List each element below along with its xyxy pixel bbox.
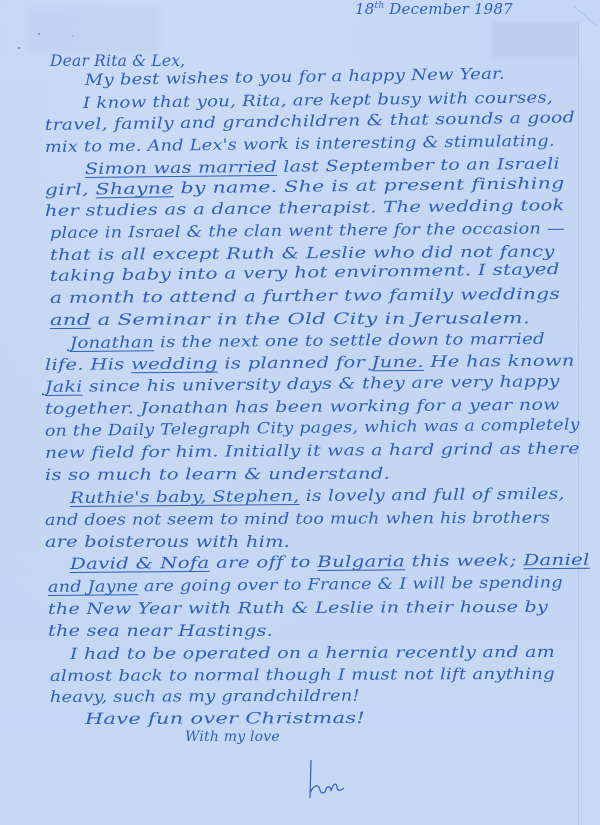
- line-text: last September to an Israeli: [277, 155, 560, 176]
- letter-line: Jonathan is the next one to settle down …: [70, 332, 545, 352]
- ink-speck: [38, 33, 40, 35]
- letter-line: life. His wedding is planned for June. H…: [45, 354, 575, 374]
- underlined-phrase: Daniel: [523, 551, 590, 570]
- letter-line: is so much to learn & understand.: [45, 467, 390, 484]
- line-text: mix to me. And Lex's work is interesting…: [45, 132, 555, 156]
- line-text: He has known: [424, 352, 575, 371]
- line-text: since his university days & they are ver…: [82, 372, 559, 395]
- underlined-phrase: Shayne: [95, 179, 174, 198]
- letter-line: I had to be operated on a hernia recentl…: [70, 645, 555, 663]
- letter-line: the New Year with Ruth & Leslie in their…: [48, 600, 548, 618]
- underlined-phrase: Bulgaria: [317, 552, 405, 571]
- letter-line: travel, family and grandchildren & that …: [45, 110, 575, 133]
- letter-paper: 18th December 1987 Dear Rita & Lex, My b…: [0, 0, 600, 825]
- line-text: are going over to France & I will be spe…: [138, 573, 563, 595]
- letter-greeting: Dear Rita & Lex,: [50, 54, 185, 70]
- letter-line: heavy, such as my grandchildren!: [50, 689, 360, 706]
- letter-line: new field for him. Initially it was a ha…: [45, 441, 580, 461]
- line-text: new field for him. Initially it was a ha…: [45, 439, 580, 462]
- letter-line: on the Daily Telegraph City pages, which…: [45, 417, 580, 439]
- line-text: is the next one to settle down to marrie…: [154, 330, 545, 351]
- line-text: travel, family and grandchildren & that …: [45, 108, 575, 134]
- line-text: is lovely and full of smiles,: [299, 485, 565, 505]
- line-text: by name. She is at present finishing: [173, 174, 564, 197]
- line-text: the New Year with Ruth & Leslie in their…: [48, 598, 548, 618]
- line-text: is planned for: [218, 353, 372, 372]
- line-text: are boisterous with him.: [45, 533, 290, 551]
- letter-line: I know that you, Rita, are kept busy wit…: [83, 90, 553, 111]
- underlined-phrase: June.: [371, 353, 423, 371]
- underlined-phrase: Simon was married: [85, 158, 277, 178]
- letter-line: My best wishes to you for a happy New Ye…: [85, 67, 505, 89]
- date-day: 18: [355, 0, 375, 18]
- line-text: taking baby into a very hot environment.…: [50, 260, 560, 285]
- letter-date: 18th December 1987: [355, 2, 513, 17]
- line-text: a Seminar in the Old City in Jerusalem.: [91, 309, 530, 329]
- line-text: a month to attend a further two family w…: [50, 285, 560, 307]
- line-text: Have fun over Christmas!: [85, 709, 365, 728]
- letter-line: are boisterous with him.: [45, 535, 290, 551]
- date-month-year: December 1987: [389, 0, 513, 18]
- letter-line: Have fun over Christmas!: [85, 711, 365, 728]
- underlined-phrase: Ruthie's baby, Stephen,: [70, 487, 300, 507]
- underlined-phrase: David & Nofa: [70, 554, 210, 573]
- letter-line: a month to attend a further two family w…: [50, 287, 560, 307]
- line-text: life. His: [45, 355, 131, 374]
- underlined-phrase: wedding: [131, 355, 218, 374]
- line-text: are off to: [209, 553, 317, 572]
- ink-speck: [18, 47, 20, 49]
- paper-fold-edge: [578, 22, 600, 825]
- line-text: I had to be operated on a hernia recentl…: [70, 643, 555, 663]
- letter-line: place in Israel & the clan went there fo…: [50, 221, 565, 241]
- underlined-phrase: and: [50, 311, 91, 329]
- letter-line: her studies as a dance therapist. The we…: [45, 198, 565, 219]
- underlined-phrase: and Jayne: [48, 577, 138, 596]
- line-text: place in Israel & the clan went there fo…: [50, 219, 565, 242]
- letter-line: taking baby into a very hot environment.…: [50, 262, 560, 284]
- letter-line: together. Jonathan has been working for …: [45, 398, 560, 418]
- line-text: heavy, such as my grandchildren!: [50, 687, 360, 706]
- letter-line: Ruthie's baby, Stephen, is lovely and fu…: [70, 487, 565, 507]
- line-text: on the Daily Telegraph City pages, which…: [45, 415, 580, 440]
- line-text: together. Jonathan has been working for …: [45, 396, 560, 418]
- ink-speck: [72, 35, 74, 37]
- underlined-phrase: Jonathan: [70, 333, 154, 352]
- letter-line: David & Nofa are off to Bulgaria this we…: [70, 553, 590, 573]
- line-text: this week;: [405, 551, 524, 570]
- letter-closing: With my love: [185, 730, 280, 744]
- letter-line: mix to me. And Lex's work is interesting…: [45, 134, 555, 156]
- letter-line: and does not seem to mind too much when …: [45, 511, 550, 529]
- signature: Love: [300, 760, 380, 810]
- line-text: almost back to normal though I must not …: [50, 665, 555, 685]
- line-text: the sea near Hastings.: [48, 622, 273, 640]
- line-text: girl,: [45, 180, 96, 199]
- letter-line: Jaki since his university days & they ar…: [45, 374, 560, 395]
- underlined-phrase: Jaki: [45, 378, 83, 396]
- line-text: I know that you, Rita, are kept busy wit…: [83, 88, 553, 112]
- faint-letterhead-mark: [28, 8, 158, 52]
- line-text: is so much to learn & understand.: [45, 465, 390, 484]
- line-text: her studies as a dance therapist. The we…: [45, 196, 565, 220]
- date-day-suffix: th: [375, 1, 385, 11]
- faint-address-block: [493, 22, 578, 57]
- letter-line: the sea near Hastings.: [48, 624, 273, 640]
- letter-line: girl, Shayne by name. She is at present …: [45, 176, 565, 198]
- letter-line: and Jayne are going over to France & I w…: [48, 575, 563, 595]
- letter-line: and a Seminar in the Old City in Jerusal…: [50, 311, 530, 328]
- letter-line: almost back to normal though I must not …: [50, 667, 555, 685]
- line-text: and does not seem to mind too much when …: [45, 509, 550, 529]
